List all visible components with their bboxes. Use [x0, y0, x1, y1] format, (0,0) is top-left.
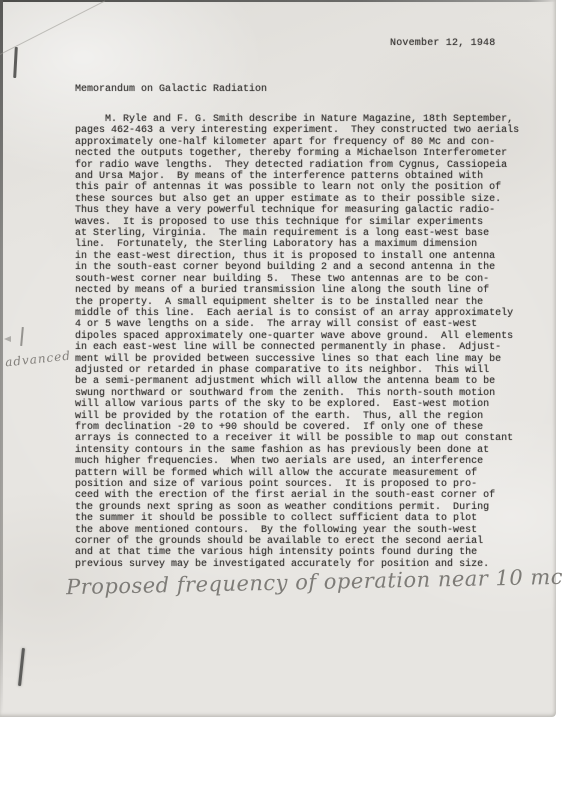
scan-background: November 12, 1948 Memorandum on Galactic…	[0, 0, 581, 800]
memo-date: November 12, 1948	[390, 38, 495, 49]
staple-mark-bottom	[18, 648, 25, 686]
memo-body: M. Ryle and F. G. Smith describe in Natu…	[75, 114, 519, 570]
page-top-edge	[0, 0, 556, 2]
margin-annotation: advanced	[4, 349, 71, 370]
memo-title: Memorandum on Galactic Radiation	[75, 84, 267, 95]
pencil-insertion-mark	[20, 327, 24, 346]
staple-mark-top	[13, 47, 18, 78]
pencil-arrow-icon	[4, 336, 11, 342]
scanned-page: November 12, 1948 Memorandum on Galactic…	[0, 0, 556, 717]
page-left-edge	[0, 0, 3, 712]
